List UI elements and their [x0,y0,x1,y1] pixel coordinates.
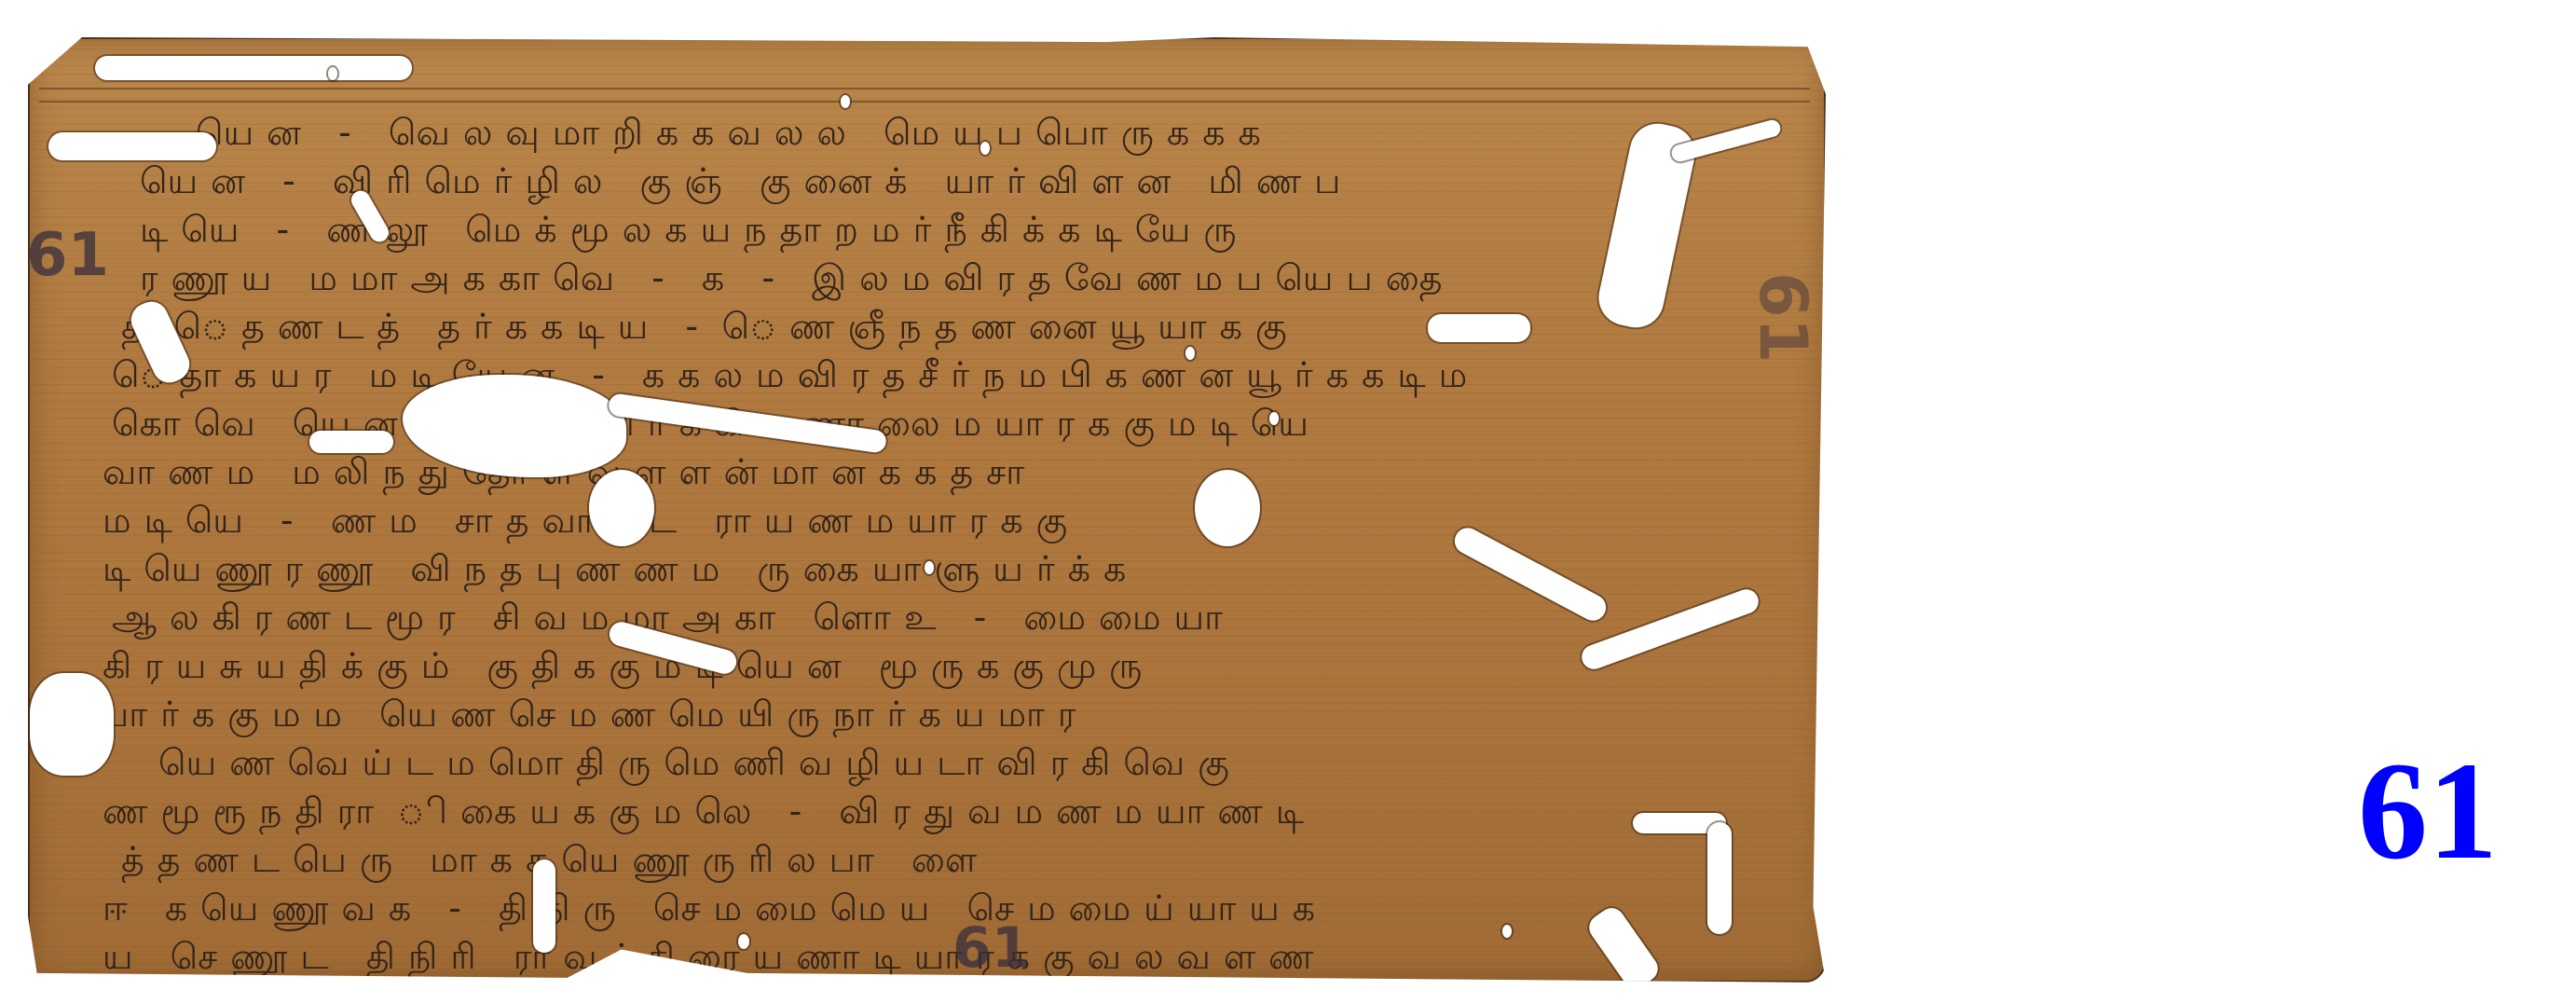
margin-folio-number-left: 61 [26,221,109,290]
damage-tear [1428,314,1530,342]
worm-hole [1502,925,1512,938]
text-line: டியெணூரணூ விநதபுணணம ருகையாளுயர்க்க [103,541,1139,597]
worm-hole [1269,412,1279,425]
worm-hole [328,67,337,80]
damage-tear [1707,822,1732,934]
text-line: ய செணூட திநிரி ராவுக்கிரையணாடியாரககுவலவள… [103,928,1327,984]
page-number-label: 61 [2358,741,2498,881]
text-line: டியெ - ணலூ மெக்மூலகயநதாறமர்நீகிக்கடியேரு [140,201,1250,257]
text-line: தி ெதணடத் தர்ககடிய - ெணஞீநதணனையூயாககு [121,298,1300,354]
binding-hole-left [589,470,654,546]
binding-hole-right [1195,470,1260,546]
damage-tear [1450,523,1610,625]
ruled-line [39,101,1810,103]
text-line: ரணூய மமாஅககாவெ - க - இலமவிரதவேணமபயெபதை [140,250,1456,306]
worm-hole [925,561,934,574]
margin-folio-number-right: 61 [1745,272,1821,363]
damage-tear [48,132,216,160]
margin-folio-number-bottom: 61 [952,915,1031,981]
text-line: ெதாகயர மடியேன - ககலமவிரதசீர்நமபிகணனயூர்க… [112,347,1480,403]
worm-hole [980,142,990,155]
ruled-line [39,88,1810,89]
palm-leaf: யென - வெலவுமாறிககவலல மெயபபொருககக யென - வ… [28,37,1826,983]
text-line: யென - விரிமெர்ழில குஞ் குனைக் யார்விளன ம… [140,153,1353,209]
text-line: ணமூரூநதிரா ிகையககுமலெ - விரதுவமணமயாணடி [103,783,1317,839]
worm-hole [738,934,749,949]
text-line: த்தணடபெரு மாககயெணூருரிலபா ளை [121,832,990,887]
damage-tear [95,56,412,80]
damage-tear [1584,903,1663,994]
worm-hole [841,95,850,108]
damage-tear [1579,586,1762,673]
text-line: யென - வெலவுமாறிககவலல மெயபபொருககக [196,104,1274,160]
damage-tear [309,431,393,453]
text-line: பார்ககுமம யெணசெமணமெயிருநார்கயமார [103,686,1089,742]
text-line: ஈ கயெணூவக - திநிரு செமமைமெய செமமைய்யாயக [103,880,1328,936]
worm-hole [1185,347,1195,360]
text-line: யெணவெய்டமமொதிருமெணிவழியடாவிரகிவெகு [158,735,1242,791]
damage-tear [533,860,555,953]
damage-tear [30,673,114,776]
